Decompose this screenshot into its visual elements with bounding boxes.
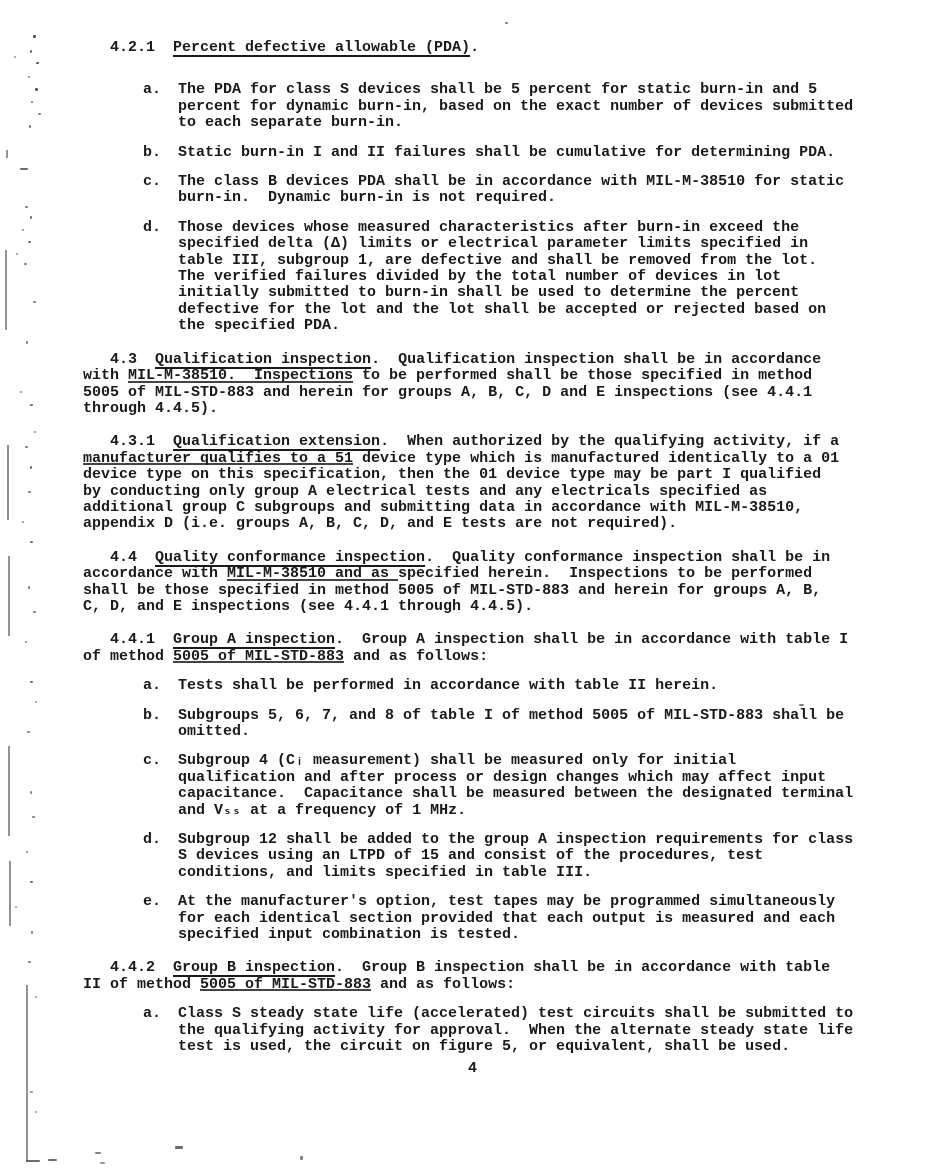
scan-speck — [14, 56, 16, 58]
scan-speck — [32, 816, 35, 818]
section-title: Group A inspection — [173, 631, 335, 648]
list-item-text: At the manufacturer's option, test tapes… — [178, 893, 835, 943]
scan-line — [8, 556, 10, 636]
list-item-text: Class S steady state life (accelerated) … — [178, 1005, 853, 1055]
scan-speck — [15, 906, 17, 908]
section-title: Qualification extension — [173, 433, 380, 450]
scan-speck — [48, 1159, 57, 1161]
scan-line — [8, 746, 10, 836]
section-4-4: 4.4Quality conformance inspection. Quali… — [83, 550, 933, 616]
scan-speck — [22, 229, 24, 231]
list-item-label: d. — [143, 220, 161, 236]
list-item: c.Subgroup 4 (Cᵢ measurement) shall be m… — [83, 753, 933, 819]
scan-line — [9, 861, 11, 926]
list-item-label: a. — [143, 1006, 161, 1022]
scan-speck — [30, 50, 32, 53]
list-item-text: The PDA for class S devices shall be 5 p… — [178, 81, 853, 131]
section-number: 4.4 — [110, 549, 137, 566]
scan-speck — [300, 1156, 303, 1160]
list-item-label: b. — [143, 145, 161, 161]
scan-speck — [16, 253, 18, 255]
scan-speck — [30, 466, 32, 469]
list-item-text: Subgroup 4 (Cᵢ measurement) shall be mea… — [178, 752, 853, 818]
section-title: Quality conformance inspection — [155, 549, 425, 566]
list-item-text: The class B devices PDA shall be in acco… — [178, 173, 844, 206]
scan-speck — [30, 216, 32, 219]
section-title: Qualification inspection — [155, 351, 371, 368]
list-item: c.The class B devices PDA shall be in ac… — [83, 174, 933, 207]
list-item-label: b. — [143, 708, 161, 724]
scan-speck — [29, 125, 31, 128]
scan-line — [5, 250, 7, 330]
list-item-label: c. — [143, 174, 161, 190]
list-item: d.Subgroup 12 shall be added to the grou… — [83, 832, 933, 881]
section-number: 4.3 — [110, 351, 137, 368]
list-item-text: Those devices whose measured characteris… — [178, 219, 826, 334]
scan-speck — [28, 961, 31, 963]
list-item-label: d. — [143, 832, 161, 848]
list-item-label: e. — [143, 894, 161, 910]
list-item: a.Tests shall be performed in accordance… — [83, 678, 933, 694]
section-4-3-1: 4.3.1Qualification extension. When autho… — [83, 434, 933, 532]
scan-speck — [30, 404, 33, 406]
scan-speck — [35, 88, 38, 91]
scan-speck — [33, 35, 36, 38]
section-number: 4.3.1 — [110, 433, 155, 450]
section-title: Percent defective allowable (PDA) — [173, 39, 470, 56]
scan-speck — [95, 1152, 101, 1154]
scan-speck — [30, 681, 33, 683]
scan-speck — [25, 641, 27, 643]
scan-speck — [26, 341, 28, 344]
list-item-label: a. — [143, 678, 161, 694]
section-4-2-1-heading: 4.2.1Percent defective allowable (PDA). — [83, 40, 933, 56]
list-item-text: Tests shall be performed in accordance w… — [178, 677, 718, 694]
scan-speck — [20, 391, 22, 393]
scan-speck — [31, 931, 33, 934]
section-4-3: 4.3Qualification inspection. Qualificati… — [83, 352, 933, 418]
scan-speck — [36, 62, 39, 64]
list-item: d.Those devices whose measured character… — [83, 220, 933, 335]
scan-speck — [35, 701, 37, 703]
scan-speck — [35, 996, 37, 998]
list-item: a.The PDA for class S devices shall be 5… — [83, 82, 933, 131]
scan-speck — [27, 731, 30, 733]
list-item: e.At the manufacturer's option, test tap… — [83, 894, 933, 943]
scan-speck — [26, 1160, 40, 1162]
scan-speck — [30, 541, 33, 543]
scan-speck — [30, 791, 32, 794]
scan-speck — [20, 168, 28, 170]
scan-speck — [24, 263, 27, 265]
scan-speck — [22, 521, 24, 523]
scan-speck — [28, 491, 31, 493]
scan-speck — [25, 206, 28, 208]
document-page: 4.2.1Percent defective allowable (PDA). … — [0, 0, 945, 1168]
scan-speck — [100, 1162, 105, 1164]
scan-line — [26, 985, 28, 1162]
scan-speck — [28, 76, 30, 78]
scan-speck — [30, 881, 33, 883]
list-item-label: c. — [143, 753, 161, 769]
scan-speck — [34, 431, 36, 433]
scan-speck — [25, 446, 28, 448]
list-item-label: a. — [143, 82, 161, 98]
section-title: Group B inspection — [173, 959, 335, 976]
list-item-text: Static burn-in I and II failures shall b… — [178, 144, 835, 161]
list-item-text: Subgroups 5, 6, 7, and 8 of table I of m… — [178, 707, 844, 740]
section-4-4-1-heading: 4.4.1Group A inspection. Group A inspect… — [83, 632, 933, 665]
scan-speck — [31, 101, 33, 103]
scan-speck — [28, 241, 31, 243]
section-number: 4.4.2 — [110, 959, 155, 976]
scan-speck — [26, 851, 28, 853]
section-4-4-2-heading: 4.4.2Group B inspection. Group B inspect… — [83, 960, 933, 993]
page-number: 4 — [468, 1060, 477, 1077]
scan-speck — [505, 22, 508, 24]
section-number: 4.4.1 — [110, 631, 155, 648]
scan-speck — [799, 704, 804, 706]
scan-speck — [28, 586, 30, 589]
scan-speck — [175, 1146, 183, 1149]
scan-speck — [30, 1091, 33, 1093]
document-content: 4.2.1Percent defective allowable (PDA). … — [83, 40, 933, 1056]
scan-line — [7, 445, 9, 520]
scan-speck — [35, 1111, 37, 1113]
list-item-text: Subgroup 12 shall be added to the group … — [178, 831, 853, 881]
scan-speck — [33, 301, 36, 303]
list-item: b.Static burn-in I and II failures shall… — [83, 145, 933, 161]
scan-line — [6, 150, 8, 158]
list-item: b.Subgroups 5, 6, 7, and 8 of table I of… — [83, 708, 933, 741]
scan-speck — [33, 611, 36, 613]
list-item: a.Class S steady state life (accelerated… — [83, 1006, 933, 1055]
section-text: . — [470, 39, 479, 56]
scan-speck — [38, 113, 41, 115]
section-number: 4.2.1 — [110, 39, 155, 56]
